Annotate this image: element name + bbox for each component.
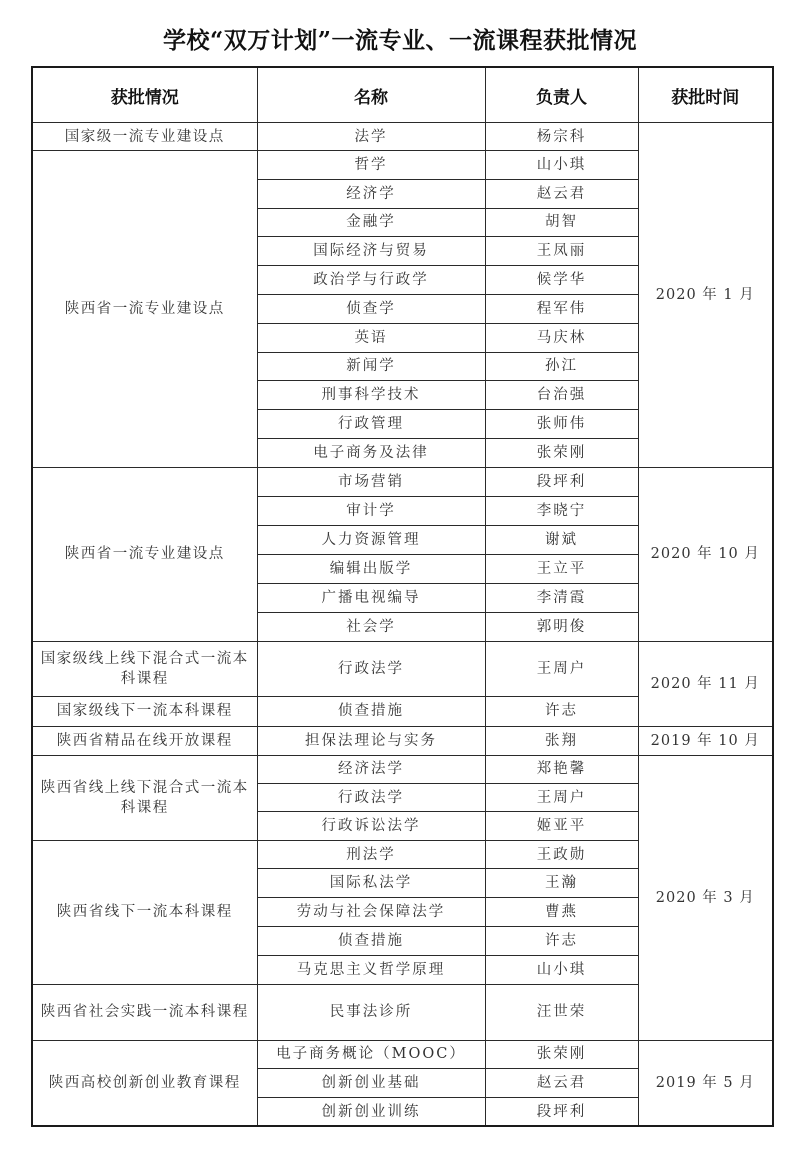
person-cell: 许志 bbox=[485, 696, 638, 726]
name-cell: 民事法诊所 bbox=[257, 984, 485, 1040]
table-row: 陕西省线上线下混合式一流本科课程 经济法学 郑艳馨 2020 年 3 月 bbox=[32, 755, 773, 783]
person-cell: 赵云君 bbox=[485, 179, 638, 208]
name-cell: 广播电视编导 bbox=[257, 583, 485, 612]
page-title: 学校“双万计划”一流专业、一流课程获批情况 bbox=[0, 22, 800, 55]
date-cell: 2020 年 3 月 bbox=[638, 755, 773, 1040]
person-cell: 张翔 bbox=[485, 726, 638, 755]
table-row: 陕西省一流专业建设点 市场营销 段坪利 2020 年 10 月 bbox=[32, 467, 773, 496]
name-cell: 行政管理 bbox=[257, 410, 485, 439]
person-cell: 段坪利 bbox=[485, 467, 638, 496]
person-cell: 台治强 bbox=[485, 381, 638, 410]
name-cell: 刑事科学技术 bbox=[257, 381, 485, 410]
name-cell: 创新创业训练 bbox=[257, 1098, 485, 1127]
person-cell: 张荣刚 bbox=[485, 1040, 638, 1069]
person-cell: 山小琪 bbox=[485, 151, 638, 180]
date-cell: 2020 年 10 月 bbox=[638, 467, 773, 641]
header-approval-date: 获批时间 bbox=[638, 67, 773, 123]
person-cell: 张师伟 bbox=[485, 410, 638, 439]
name-cell: 电子商务概论（MOOC） bbox=[257, 1040, 485, 1069]
person-cell: 王立平 bbox=[485, 554, 638, 583]
person-cell: 谢斌 bbox=[485, 525, 638, 554]
category-cell: 陕西省线下一流本科课程 bbox=[32, 840, 257, 984]
table-header-row: 获批情况 名称 负责人 获批时间 bbox=[32, 67, 773, 123]
date-cell: 2020 年 11 月 bbox=[638, 641, 773, 726]
table-row: 陕西高校创新创业教育课程 电子商务概论（MOOC） 张荣刚 2019 年 5 月 bbox=[32, 1040, 773, 1069]
person-cell: 王政勋 bbox=[485, 840, 638, 869]
header-name: 名称 bbox=[257, 67, 485, 123]
name-cell: 行政法学 bbox=[257, 641, 485, 696]
category-cell: 国家级线下一流本科课程 bbox=[32, 696, 257, 726]
person-cell: 姬亚平 bbox=[485, 812, 638, 840]
name-cell: 创新创业基础 bbox=[257, 1069, 485, 1098]
name-cell: 英语 bbox=[257, 323, 485, 352]
name-cell: 侦查措施 bbox=[257, 696, 485, 726]
person-cell: 王瀚 bbox=[485, 869, 638, 898]
category-cell: 陕西高校创新创业教育课程 bbox=[32, 1040, 257, 1126]
date-cell: 2019 年 5 月 bbox=[638, 1040, 773, 1126]
name-cell: 担保法理论与实务 bbox=[257, 726, 485, 755]
name-cell: 法学 bbox=[257, 123, 485, 151]
name-cell: 社会学 bbox=[257, 612, 485, 641]
name-cell: 马克思主义哲学原理 bbox=[257, 955, 485, 984]
header-person-in-charge: 负责人 bbox=[485, 67, 638, 123]
table-row: 国家级线上线下混合式一流本科课程 行政法学 王周户 2020 年 11 月 bbox=[32, 641, 773, 696]
date-cell: 2019 年 10 月 bbox=[638, 726, 773, 755]
name-cell: 行政法学 bbox=[257, 784, 485, 812]
name-cell: 人力资源管理 bbox=[257, 525, 485, 554]
category-cell: 陕西省一流专业建设点 bbox=[32, 467, 257, 641]
category-cell: 国家级一流专业建设点 bbox=[32, 123, 257, 151]
person-cell: 王周户 bbox=[485, 784, 638, 812]
person-cell: 李清霞 bbox=[485, 583, 638, 612]
name-cell: 侦查措施 bbox=[257, 927, 485, 956]
name-cell: 国际经济与贸易 bbox=[257, 237, 485, 266]
approval-table: 获批情况 名称 负责人 获批时间 国家级一流专业建设点 法学 杨宗科 2020 … bbox=[31, 66, 774, 1127]
name-cell: 行政诉讼法学 bbox=[257, 812, 485, 840]
person-cell: 王凤丽 bbox=[485, 237, 638, 266]
name-cell: 侦查学 bbox=[257, 294, 485, 323]
category-cell: 国家级线上线下混合式一流本科课程 bbox=[32, 641, 257, 696]
name-cell: 哲学 bbox=[257, 151, 485, 180]
name-cell: 编辑出版学 bbox=[257, 554, 485, 583]
category-cell: 陕西省线上线下混合式一流本科课程 bbox=[32, 755, 257, 840]
category-cell: 陕西省精品在线开放课程 bbox=[32, 726, 257, 755]
name-cell: 政治学与行政学 bbox=[257, 266, 485, 295]
header-approval-status: 获批情况 bbox=[32, 67, 257, 123]
table-row: 陕西省精品在线开放课程 担保法理论与实务 张翔 2019 年 10 月 bbox=[32, 726, 773, 755]
person-cell: 孙江 bbox=[485, 352, 638, 381]
person-cell: 曹燕 bbox=[485, 898, 638, 927]
person-cell: 张荣刚 bbox=[485, 438, 638, 467]
table-row: 国家级一流专业建设点 法学 杨宗科 2020 年 1 月 bbox=[32, 123, 773, 151]
name-cell: 劳动与社会保障法学 bbox=[257, 898, 485, 927]
name-cell: 刑法学 bbox=[257, 840, 485, 869]
category-cell: 陕西省一流专业建设点 bbox=[32, 151, 257, 468]
person-cell: 段坪利 bbox=[485, 1098, 638, 1127]
name-cell: 国际私法学 bbox=[257, 869, 485, 898]
name-cell: 金融学 bbox=[257, 208, 485, 237]
name-cell: 新闻学 bbox=[257, 352, 485, 381]
person-cell: 王周户 bbox=[485, 641, 638, 696]
category-cell: 陕西省社会实践一流本科课程 bbox=[32, 984, 257, 1040]
person-cell: 山小琪 bbox=[485, 955, 638, 984]
name-cell: 市场营销 bbox=[257, 467, 485, 496]
person-cell: 郑艳馨 bbox=[485, 755, 638, 783]
person-cell: 马庆林 bbox=[485, 323, 638, 352]
person-cell: 李晓宁 bbox=[485, 496, 638, 525]
person-cell: 胡智 bbox=[485, 208, 638, 237]
name-cell: 电子商务及法律 bbox=[257, 438, 485, 467]
person-cell: 许志 bbox=[485, 927, 638, 956]
name-cell: 审计学 bbox=[257, 496, 485, 525]
date-cell: 2020 年 1 月 bbox=[638, 123, 773, 468]
person-cell: 汪世荣 bbox=[485, 984, 638, 1040]
person-cell: 赵云君 bbox=[485, 1069, 638, 1098]
person-cell: 郭明俊 bbox=[485, 612, 638, 641]
person-cell: 杨宗科 bbox=[485, 123, 638, 151]
name-cell: 经济法学 bbox=[257, 755, 485, 783]
person-cell: 候学华 bbox=[485, 266, 638, 295]
person-cell: 程军伟 bbox=[485, 294, 638, 323]
name-cell: 经济学 bbox=[257, 179, 485, 208]
